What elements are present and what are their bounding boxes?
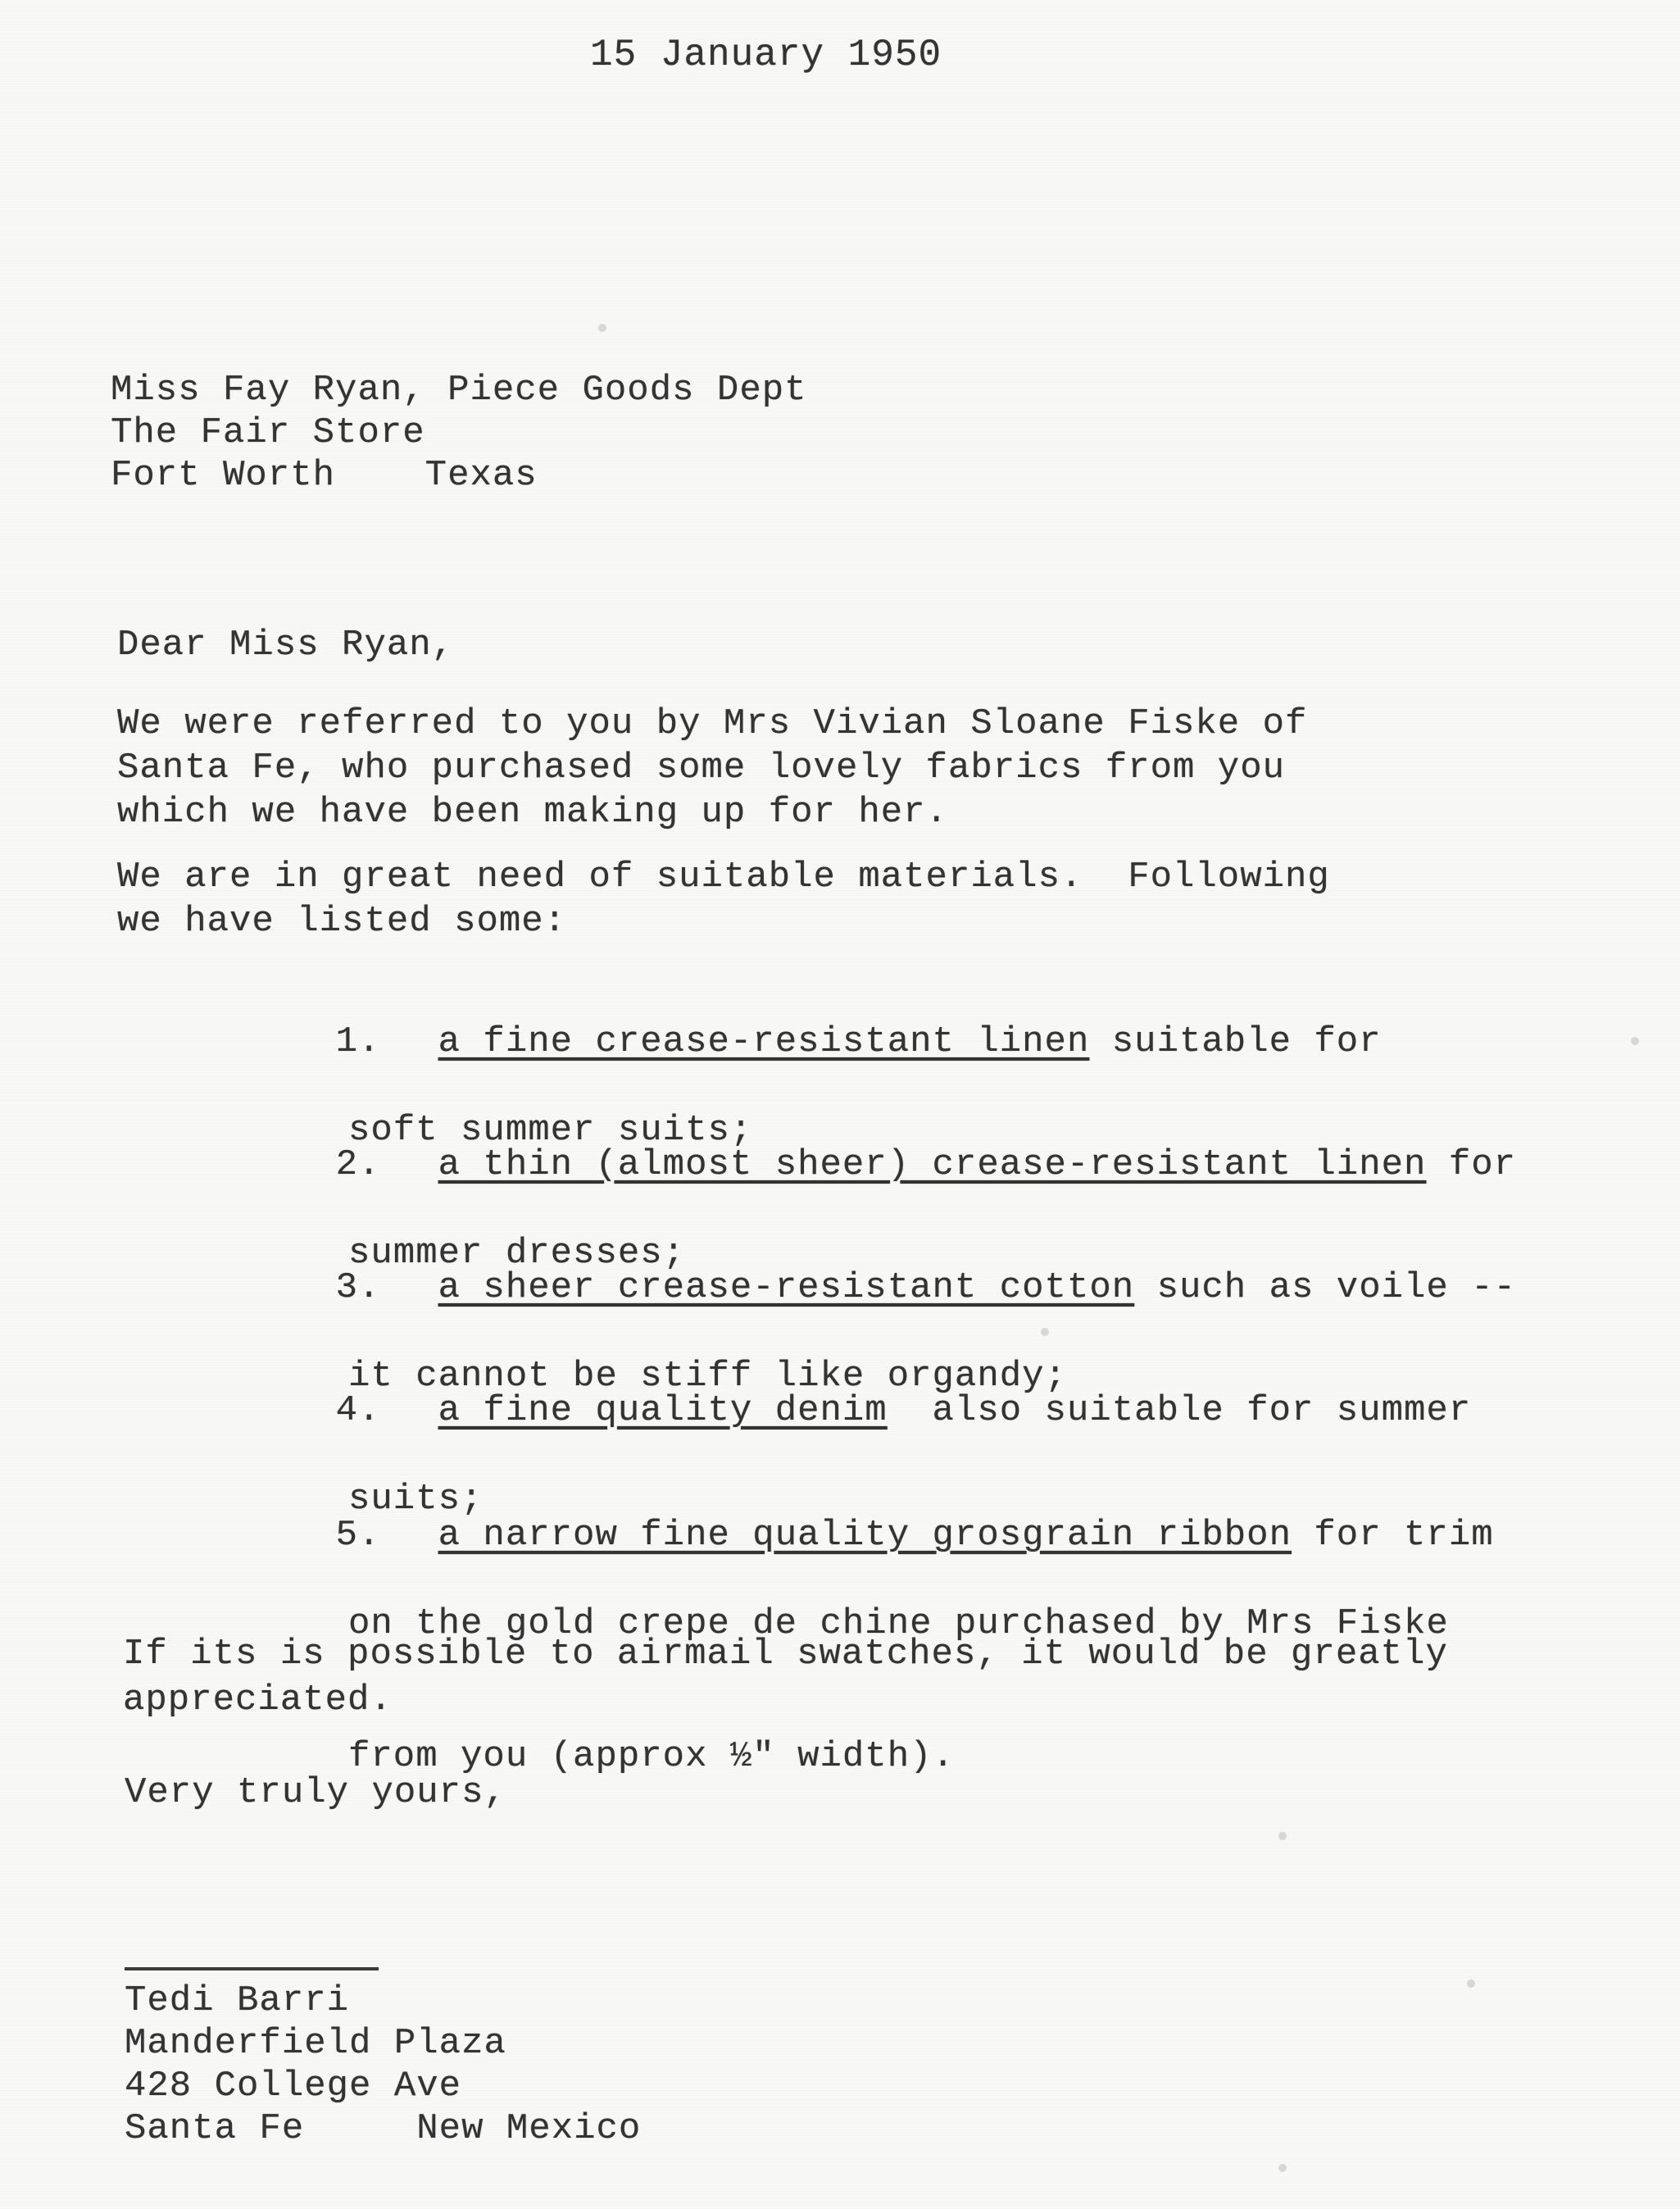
- signer-state: New Mexico: [416, 2108, 641, 2149]
- signer-city: Santa Fe: [125, 2108, 304, 2149]
- signer-address-line-2: Manderfield Plaza: [125, 2023, 506, 2064]
- letter-date: 15 January 1950: [590, 33, 942, 77]
- paper-speck: [1278, 1832, 1287, 1840]
- list-text: also suitable for summer: [888, 1390, 1472, 1431]
- paragraph-line: We are in great need of suitable materia…: [117, 857, 1330, 898]
- signer-address-line-3: 428 College Ave: [125, 2066, 461, 2107]
- list-number: 2.: [336, 1143, 438, 1187]
- list-text: such as voile --: [1134, 1267, 1516, 1308]
- paper-speck: [1467, 1979, 1475, 1988]
- list-text: for trim: [1292, 1515, 1494, 1556]
- paragraph-line: Santa Fe, who purchased some lovely fabr…: [117, 748, 1285, 789]
- paragraph-line: appreciated.: [123, 1679, 393, 1720]
- signature-line: [125, 1967, 379, 1970]
- paragraph-line: If its is possible to airmail swatches, …: [123, 1634, 1448, 1675]
- underlined-text: a fine quality denim: [438, 1390, 888, 1431]
- underlined-text: a narrow fine quality grosgrain ribbon: [438, 1515, 1292, 1556]
- paragraph-line: We were referred to you by Mrs Vivian Sl…: [117, 703, 1307, 744]
- paragraph-line: which we have been making up for her.: [117, 792, 948, 833]
- list-text: for: [1426, 1144, 1516, 1185]
- letter-page: 15 January 1950 Miss Fay Ryan, Piece Goo…: [0, 0, 1680, 2209]
- list-number: 1.: [336, 1020, 438, 1064]
- list-text: suitable for: [1089, 1021, 1381, 1062]
- recipient-address: Miss Fay Ryan, Piece Goods Dept The Fair…: [111, 369, 807, 497]
- paragraph-swatches: If its is possible to airmail swatches, …: [123, 1631, 1448, 1723]
- underlined-text: a sheer crease-resistant cotton: [438, 1267, 1135, 1308]
- recipient-state: Texas: [425, 455, 538, 496]
- recipient-line-2: The Fair Store: [111, 412, 425, 453]
- underlined-text: a thin (almost sheer) crease-resistant l…: [438, 1144, 1427, 1185]
- list-number: 5.: [336, 1513, 438, 1557]
- list-number: 4.: [336, 1389, 438, 1433]
- underlined-text: a fine crease-resistant linen: [438, 1021, 1090, 1062]
- signature-block: Tedi Barri Manderfield Plaza 428 College…: [125, 1979, 641, 2150]
- paper-speck: [1278, 2164, 1287, 2172]
- paper-speck: [1631, 1037, 1639, 1045]
- salutation: Dear Miss Ryan,: [117, 623, 454, 667]
- paper-speck: [598, 324, 606, 332]
- signer-name: Tedi Barri: [125, 1980, 349, 2021]
- list-number: 3.: [336, 1266, 438, 1310]
- paragraph-need: We are in great need of suitable materia…: [117, 855, 1330, 943]
- paragraph-line: we have listed some:: [117, 901, 566, 942]
- recipient-city: Fort Worth: [111, 455, 335, 496]
- closing: Very truly yours,: [125, 1770, 506, 1815]
- recipient-line-1: Miss Fay Ryan, Piece Goods Dept: [111, 370, 807, 411]
- paper-speck: [1041, 1328, 1049, 1336]
- paragraph-referral: We were referred to you by Mrs Vivian Sl…: [117, 702, 1307, 834]
